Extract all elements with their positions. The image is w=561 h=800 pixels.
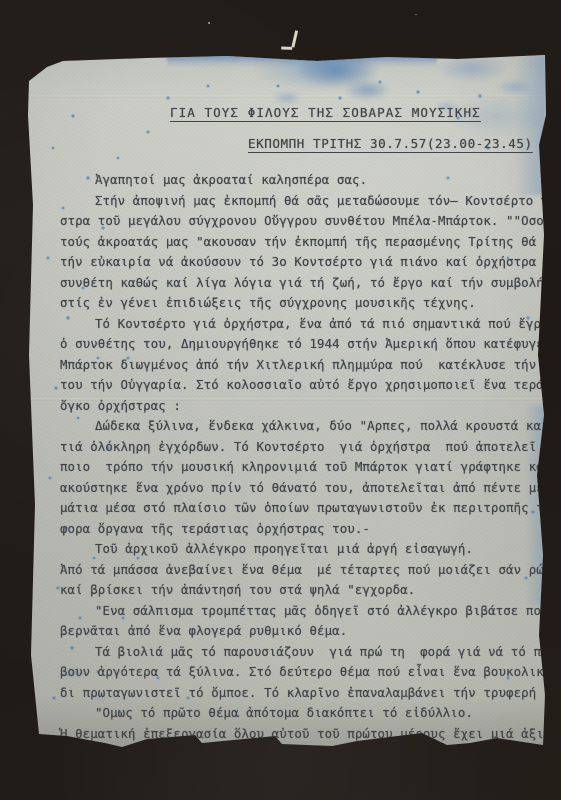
text-line: Ἀπό τά μπάσσα ἀνεβαίνει ἕνα θέμα μέ τέτα… xyxy=(60,560,546,581)
text-line: φορα ὄργανα τῆς τεράστιας ὀρχήστρας του.… xyxy=(60,519,546,540)
text-line: στίς ἐν γένει ἐπιδιώξεις τῆς σύγχρονης μ… xyxy=(60,293,546,314)
text-line: μάτια μέσα στό πλαίσιο τῶν ὁποίων πρωταγ… xyxy=(60,498,546,519)
document-page: ΓΙΑ ΤΟΥΣ ΦΙΛΟΥΣ ΤΗΣ ΣΟΒΑΡΑΣ ΜΟΥΣΙΚΗΣ ΕΚΠ… xyxy=(27,55,546,750)
crease-line xyxy=(27,95,546,98)
scrap-fragment xyxy=(281,47,292,50)
text-line: "Ενα σάλπισμα τρομπέττας μᾶς ὁδηγεῖ στό … xyxy=(60,601,546,622)
text-line: συνθέτη καθώς καί λίγα λόγια γιά τή ζωή,… xyxy=(60,273,546,294)
typewritten-content: ΓΙΑ ΤΟΥΣ ΦΙΛΟΥΣ ΤΗΣ ΣΟΒΑΡΑΣ ΜΟΥΣΙΚΗΣ ΕΚΠ… xyxy=(60,103,546,744)
text-line: ὁ συνθέτης του, Δημιουργήθηκε τό 1944 στ… xyxy=(60,334,546,355)
scrap-fragment xyxy=(291,30,298,47)
text-line: Δώδεκα ξύλινα, ἕνδεκα χάλκινα, δύο "Αρπε… xyxy=(60,416,546,437)
ink-stain xyxy=(167,55,437,68)
text-line: Ἡ θεματική ἐπεξεργασία ὅλου αὐτοῦ τοῦ πρ… xyxy=(60,724,546,745)
text-line: Τοῦ ἀρχικοῦ ἀλλέγκρο προηγεῖται μιά ἀργή… xyxy=(60,539,546,560)
text-line: του τήν Οὐγγαρία. Στό κολοσσιαῖο αὐτό ἔρ… xyxy=(60,375,546,396)
text-line: ὄγκο ὀρχήστρας : xyxy=(60,396,546,417)
text-line: τήν εὐκαιρία νά ἀκούσουν τό 3ο Κοντσέρτο… xyxy=(60,252,546,273)
body-text: Ἀγαπητοί μας ἀκροαταί καλησπέρα σας.Στήν… xyxy=(60,170,546,744)
text-line: βερνᾶται ἀπό ἕνα φλογερά ρυθμικό θέμα. xyxy=(60,621,546,642)
text-line: Μπάρτοκ διωγμένος ἀπό τήν Χιτλερική πλημ… xyxy=(60,355,546,376)
text-line: Τά βιολιά μᾶς τό παρουσιάζουν γιά πρώ τη… xyxy=(60,642,546,663)
text-line: τούς ἀκροατάς μας "ακουσαν τήν ἐκπομπή τ… xyxy=(60,232,546,253)
scanned-document-photo: { "document": { "kind": "typewritten rad… xyxy=(0,0,561,800)
broadcast-info: ΕΚΠΟΜΠΗ ΤΡΙΤΗΣ 30.7.57(23.00-23.45) xyxy=(248,134,546,155)
text-line: βουν ἀργότερα τά ξύλινα. Στό δεύτερο θέμ… xyxy=(60,662,546,683)
text-line: Τό Κοντσέρτο γιά ὀρχήστρα, ἕνα ἀπό τά πι… xyxy=(60,314,546,335)
text-line: καί βρίσκει τήν ἀπάντησή του στά ψηλά "ε… xyxy=(60,580,546,601)
text-line: δι πρωταγωνιστεῖ τό ὄμποε. Τό κλαρῖνο ἐπ… xyxy=(60,683,546,704)
text-line: ποιο τρόπο τήν μουσική κληρονιμιά τοῦ Μπ… xyxy=(60,457,546,478)
text-line: ακούστηκε ἕνα χρόνο πρίν τό θάνατό του, … xyxy=(60,478,546,499)
dust-speck xyxy=(415,14,417,15)
text-line: στρα τοῦ μεγάλου σύγχρονου Οὔγγρου συνθέ… xyxy=(60,211,546,232)
white-scrap-on-mount xyxy=(281,29,299,53)
dust-speck xyxy=(208,22,210,24)
text-line: Στήν ἀποψινή μας ἐκπομπή θά σᾶς μεταδώσο… xyxy=(60,191,546,212)
text-line: Ἀγαπητοί μας ἀκροαταί καλησπέρα σας. xyxy=(60,170,546,191)
document-title: ΓΙΑ ΤΟΥΣ ΦΙΛΟΥΣ ΤΗΣ ΣΟΒΑΡΑΣ ΜΟΥΣΙΚΗΣ xyxy=(170,103,546,124)
text-line: τιά ὁλόκληρη ἐγχόρδων. Τό Κοντσέρτο γιά … xyxy=(60,437,546,458)
ink-speckles xyxy=(27,55,29,57)
text-line: "Ομως τό πρῶτο θέμα ἀπότομα διακόπτει τό… xyxy=(60,703,546,724)
